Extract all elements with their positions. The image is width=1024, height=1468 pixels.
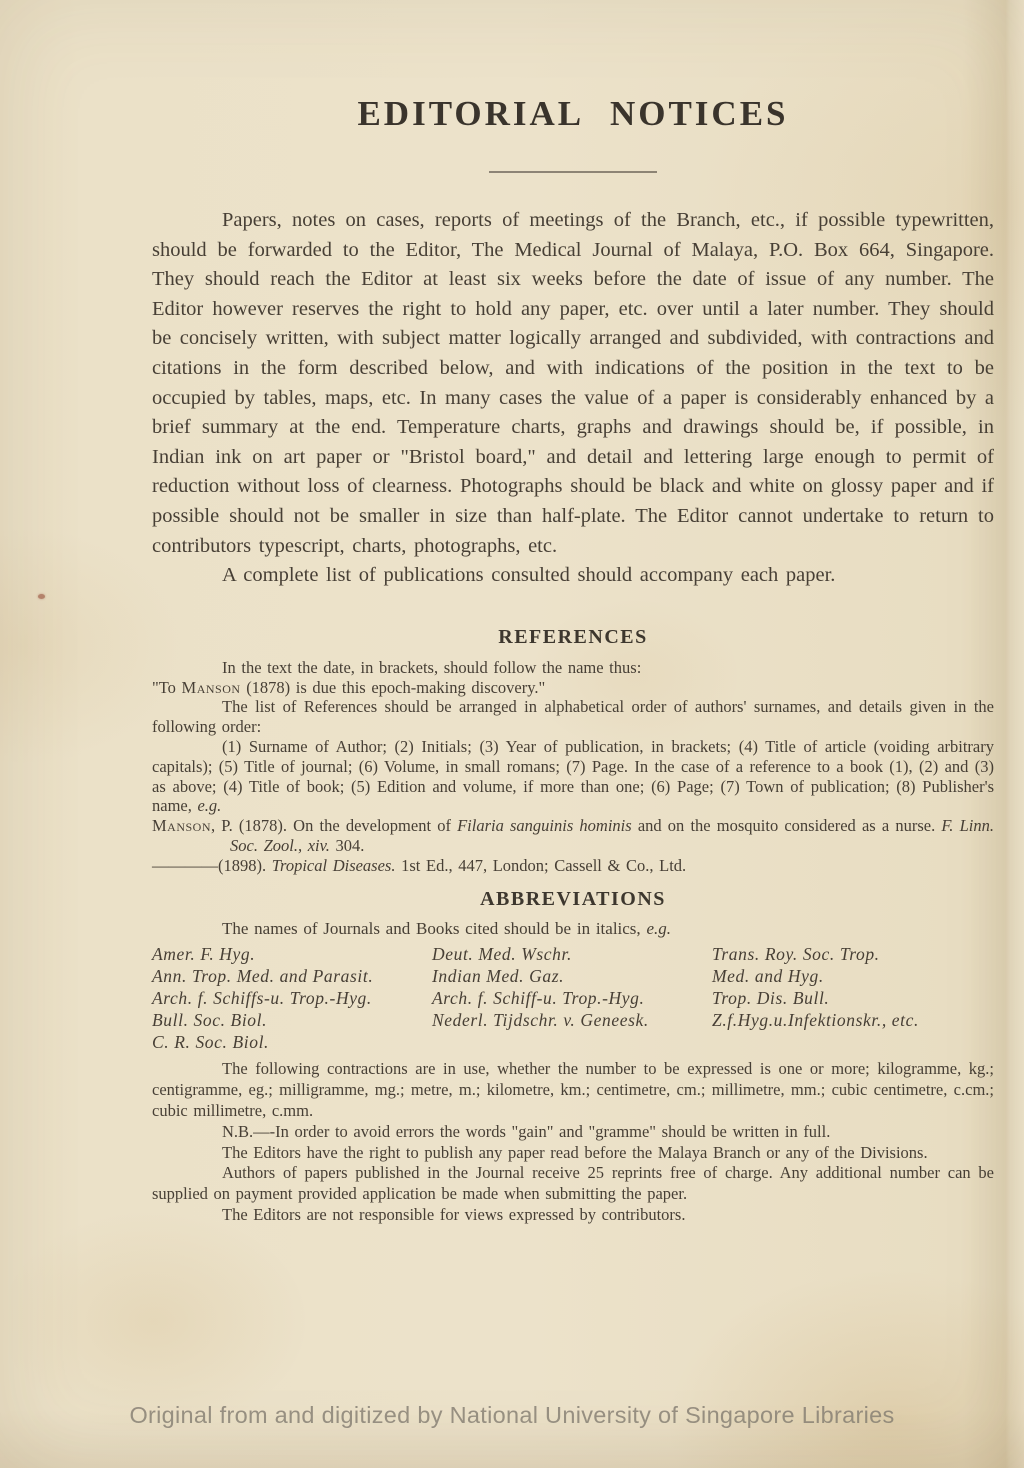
abbreviation-item: Med. and Hyg. <box>712 965 994 987</box>
abbreviation-item: Arch. f. Schiffs-u. Trop.-Hyg. <box>152 987 432 1009</box>
abbreviation-item: C. R. Soc. Biol. <box>152 1031 432 1053</box>
abbreviation-item: Z.f.Hyg.u.Infektionskr., etc. <box>712 1009 994 1031</box>
abbreviations-column: Deut. Med. Wschr. Indian Med. Gaz. Arch.… <box>432 943 712 1053</box>
abbreviation-item: Deut. Med. Wschr. <box>432 943 712 965</box>
references-heading: REFERENCES <box>152 625 994 649</box>
intro-closing-line: A complete list of publications consulte… <box>152 561 994 591</box>
abbreviations-section: ABBREVIATIONS The names of Journals and … <box>152 887 994 1053</box>
reference-paragraph: The list of References should be arrange… <box>152 697 994 737</box>
reference-example-entry: ————(1898). Tropical Diseases. 1st Ed., … <box>152 856 994 876</box>
abbreviation-item: Indian Med. Gaz. <box>432 965 712 987</box>
reference-paragraph: "To Manson (1878) is due this epoch-maki… <box>152 678 994 698</box>
references-section: REFERENCES In the text the date, in brac… <box>152 625 994 876</box>
reference-paragraph: In the text the date, in brackets, shoul… <box>152 658 994 678</box>
abbreviations-intro: The names of Journals and Books cited sh… <box>152 918 994 940</box>
digitization-credit: Original from and digitized by National … <box>0 1400 1024 1430</box>
page-title: EDITORIAL NOTICES <box>152 94 994 134</box>
paper-speck <box>38 594 45 599</box>
reference-paragraph: (1) Surname of Author; (2) Initials; (3)… <box>152 737 994 816</box>
title-divider <box>489 171 657 173</box>
abbreviation-item: Trans. Roy. Soc. Trop. <box>712 943 994 965</box>
scanned-page: EDITORIAL NOTICES Papers, notes on cases… <box>0 0 1024 1468</box>
abbreviation-item: Amer. F. Hyg. <box>152 943 432 965</box>
abbreviation-item: Ann. Trop. Med. and Parasit. <box>152 965 432 987</box>
notes-section: The following contractions are in use, w… <box>152 1059 994 1225</box>
abbreviations-columns: Amer. F. Hyg. Ann. Trop. Med. and Parasi… <box>152 943 994 1053</box>
abbreviation-item: Bull. Soc. Biol. <box>152 1009 432 1031</box>
reference-example-entry: Manson, P. (1878). On the development of… <box>152 816 994 856</box>
note-paragraph: The following contractions are in use, w… <box>152 1059 994 1121</box>
intro-section: Papers, notes on cases, reports of meeti… <box>152 206 994 591</box>
note-paragraph: Authors of papers published in the Journ… <box>152 1163 994 1205</box>
abbreviations-column: Amer. F. Hyg. Ann. Trop. Med. and Parasi… <box>152 943 432 1053</box>
abbreviation-item: Arch. f. Schiff-u. Trop.-Hyg. <box>432 987 712 1009</box>
references-body: In the text the date, in brackets, shoul… <box>152 658 994 876</box>
abbreviations-column: Trans. Roy. Soc. Trop. Med. and Hyg. Tro… <box>712 943 994 1053</box>
intro-paragraph: Papers, notes on cases, reports of meeti… <box>152 206 994 561</box>
abbreviation-item: Nederl. Tijdschr. v. Geneesk. <box>432 1009 712 1031</box>
abbreviations-heading: ABBREVIATIONS <box>152 887 994 911</box>
note-paragraph: The Editors are not responsible for view… <box>152 1205 994 1226</box>
note-paragraph: The Editors have the right to publish an… <box>152 1143 994 1164</box>
note-paragraph: N.B.—-In order to avoid errors the words… <box>152 1122 994 1143</box>
abbreviation-item: Trop. Dis. Bull. <box>712 987 994 1009</box>
text-column: EDITORIAL NOTICES Papers, notes on cases… <box>152 0 994 1226</box>
